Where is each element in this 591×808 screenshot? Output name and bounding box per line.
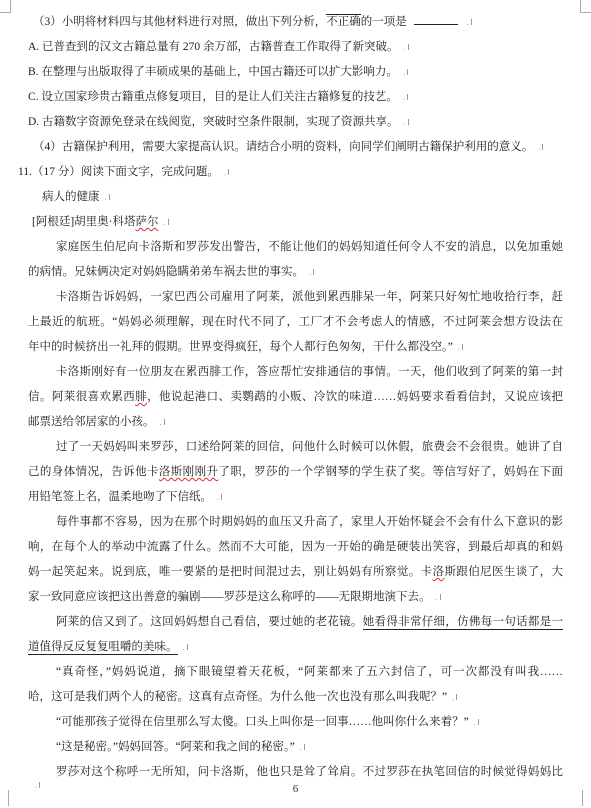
story-line: 信。阿莱很喜欢累西腓，他说起港口、卖鹦鹉的小贩、冷饮的味道……妈妈要求看看信封，… [28,385,563,410]
paragraph-mark [436,594,441,602]
question-3: （3）小明将材料四与其他材料进行对照，做出下列分析，不正确的一项是 [33,10,563,35]
story-line: 的病情。兄妹俩决定对妈妈隐瞒弟弟车祸去世的事实。 [28,260,563,285]
question-4: （4）古籍保护利用，需要大家提高认识。请结合小明的资料，向同学们阐明古籍保护利用… [33,135,563,160]
story-line-text: “这是秘密。”妈妈回答。“阿莱和我之间的秘密。” [56,741,295,753]
story-line-text: 家一致同意应该把这出善意的骗剧——罗莎是这么称呼的——无限期地演下去。 [28,591,431,603]
story-title-text: 病人的健康 [42,191,100,203]
spellcheck-squiggle: 腓 [135,391,147,403]
paragraph-mark [538,144,543,152]
story-author-squiggle: 萨尔 [136,216,159,228]
story-line-text: 年中的时候挤出一礼拜的假期。世界变得疯狂，每个人都行色匆匆，干什么都没空。” [28,341,453,353]
paragraph-mark [452,694,457,702]
story-line: 每件事都不容易，因为在那个时期妈妈的血压又升高了，家里人开始怀疑会不会有什么下意… [56,510,563,535]
option-a-text: A. 已普查到的汉文古籍总量有 270 余万部，古籍普查工作取得了新突破。 [28,41,399,53]
story-line: 响，在每个人的举动中流露了什么。然而不大可能，因为一开始的确是硬装出笑容，到最后… [28,535,563,560]
story-line-text: “可能那孩子觉得在信里那么写太傻。口头上叫你是一回事……他叫你什么来着？” [56,716,469,728]
story-line: 邮票送给邻居家的小孩。 [28,410,563,435]
page-number: 6 [0,779,591,799]
paragraph-mark [474,719,479,727]
crop-mark [580,12,591,13]
story-line: 上最近的航班。“妈妈必须理解，现在时代不同了，工厂才不会考虑人的情感，不过阿莱会… [28,310,563,335]
paragraph-mark [300,744,305,752]
story-author-text: [阿根廷]胡里奥·科塔 [32,216,136,228]
story-line: 家庭医生伯尼向卡洛斯和罗莎发出警告，不能让他们的妈妈知道任何令人不安的消息，以免… [56,235,563,260]
story-line-text: 阿莱的信又到了。这回妈妈想自己看信，要过她的老花镜。 [56,616,363,628]
story-line-text: “真奇怪，”妈妈说道，摘下眼镜望着天花板，“阿莱都来了五六封信了，可一次都没有叫… [56,666,563,678]
story-line: 过了一天妈妈叫来罗莎，口述给阿莱的回信，问他什么时候可以休假，旅费会不会很贵。她… [56,435,563,460]
story-line-text: 信。阿莱很喜欢累西 [28,391,135,403]
option-b-text: B. 在整理与出版取得了丰硕成果的基础上，中国古籍还可以扩大影响力。 [28,66,398,78]
paragraph-mark [183,644,188,652]
paragraph-mark [404,44,409,52]
paragraph-mark [458,344,463,352]
question-3-suffix: 的一项是 [361,16,407,28]
question-11: 11.（17 分）阅读下面文字，完成问题。 [18,160,563,185]
story-line: 用铅笔签上名，温柔地吻了下信纸。 [28,485,563,510]
story-line-text: 家庭医生伯尼向卡洛斯和罗莎发出警告，不能让他们的妈妈知道任何令人不安的消息，以免… [56,241,563,253]
question-4-text: （4）古籍保护利用，需要大家提高认识。请结合小明的资料，向同学们阐明古籍保护利用… [33,141,533,153]
option-a: A. 已普查到的汉文古籍总量有 270 余万部，古籍普查工作取得了新突破。 [28,35,563,60]
story-line: “可能那孩子觉得在信里那么写太傻。口头上叫你是一回事……他叫你什么来着？” [56,710,563,735]
story-line-text: 用铅笔签上名，温柔地吻了下信纸。 [28,491,212,503]
paragraph-mark [467,19,472,27]
story-line: 道值得反反复复咀嚼的美味。 [28,635,563,660]
story-line-text: 上最近的航班。“妈妈必须理解，现在时代不同了，工厂才不会考虑人的情感，不过阿莱会… [28,316,563,328]
option-d-text: D. 古籍数字资源免登录在线阅览，突破时空条件限制，实现了资源共享。 [28,116,399,128]
option-c-text: C. 设立国家珍贵古籍重点修复项目，目的是让人们关注古籍修复的技艺。 [28,91,398,103]
paragraph-mark [217,494,222,502]
story-author: [阿根廷]胡里奥·科塔萨尔 [32,210,563,235]
story-line: 年中的时候挤出一礼拜的假期。世界变得疯狂，每个人都行色匆匆，干什么都没空。” [28,335,563,360]
story-line-text: 卡洛斯刚好有一位朋友在累西腓工作，答应帮忙安排通信的事情。一天，他们收到了阿莱的… [56,366,563,378]
story-line: 妈一起笑起来。说到底，唯一要紧的是把时间混过去，别让妈妈有所察觉。卡洛斯跟伯尼医… [28,560,563,585]
story-line-text: 己的身体情况，告诉他卡 [28,466,159,478]
spellcheck-squiggle: 洛斯刚刚升 [159,466,219,478]
story-line: “真奇怪，”妈妈说道，摘下眼镜望着天花板，“阿莱都来了五六封信了，可一次都没有叫… [56,660,563,685]
story-line-text: 罗莎对这个称呼一无所知，问卡洛斯，他也只是耸了耸肩。不过罗莎在执笔回信的时候觉得… [56,766,563,778]
story-line-text: 过了一天妈妈叫来罗莎，口述给阿莱的回信，问他什么时候可以休假，旅费会不会很贵。她… [56,441,563,453]
story-line-text: 响，在每个人的举动中流露了什么。然而不大可能，因为一开始的确是硬装出笑容，到最后… [28,541,563,553]
paragraph-mark [404,119,409,127]
story-line-text: 哈，这可是我们两个人的秘密。这真有点奇怪。为什么他一次也没有那么叫我呢？” [28,691,447,703]
paragraph-mark [224,169,229,177]
paragraph-mark [105,194,110,202]
answer-blank [414,12,458,25]
exam-document-page: （3）小明将材料四与其他材料进行对照，做出下列分析，不正确的一项是 A. 已普查… [0,0,591,808]
story-title: 病人的健康 [42,185,563,210]
paragraph-mark [309,269,314,277]
document-body: （3）小明将材料四与其他材料进行对照，做出下列分析，不正确的一项是 A. 已普查… [28,10,563,785]
question-3-emphasized: 不正确 [326,14,361,29]
story-line: 哈，这可是我们两个人的秘密。这真有点奇怪。为什么他一次也没有那么叫我呢？” [28,685,563,710]
story-line: 阿莱的信又到了。这回妈妈想自己看信，要过她的老花镜。她看得非常仔细，仿佛每一句话… [56,610,563,635]
option-b: B. 在整理与出版取得了丰硕成果的基础上，中国古籍还可以扩大影响力。 [28,60,563,85]
option-c: C. 设立国家珍贵古籍重点修复项目，目的是让人们关注古籍修复的技艺。 [28,85,563,110]
story-line-text: 了职，罗莎的一个学钢琴的学生获了奖。等信写好了，妈妈在下面 [218,466,563,478]
paragraph-mark [160,419,165,427]
story-line-text: 卡洛斯告诉妈妈，一家巴西公司雇用了阿莱，派他到累西腓呆一年，阿莱只好匆忙地收拾行… [56,291,563,303]
story-line: 卡洛斯刚好有一位朋友在累西腓工作，答应帮忙安排通信的事情。一天，他们收到了阿莱的… [56,360,563,385]
story-line-text: 斯跟伯尼医生谈了，大 [444,566,563,578]
paragraph-mark [403,94,408,102]
option-d: D. 古籍数字资源免登录在线阅览，突破时空条件限制，实现了资源共享。 [28,110,563,135]
underlined-sentence: 她看得非常仔细，仿佛每一句话都是一 [363,616,563,630]
story-line-text: ，他说起港口、卖鹦鹉的小贩、冷饮的味道……妈妈要求看看信封，又说应该把 [147,391,563,403]
question-11-text: 11.（17 分）阅读下面文字，完成问题。 [18,166,219,178]
story-line: 家一致同意应该把这出善意的骗剧——罗莎是这么称呼的——无限期地演下去。 [28,585,563,610]
paragraph-mark [403,69,408,77]
underlined-sentence: 道值得反反复复咀嚼的美味。 [28,641,178,655]
story-line-text: 的病情。兄妹俩决定对妈妈隐瞒弟弟车祸去世的事实。 [28,266,304,278]
story-line-text: 每件事都不容易，因为在那个时期妈妈的血压又升高了，家里人开始怀疑会不会有什么下意… [56,516,563,528]
spellcheck-squiggle: 洛 [433,566,445,578]
story-line: 己的身体情况，告诉他卡洛斯刚刚升了职，罗莎的一个学钢琴的学生获了奖。等信写好了，… [28,460,563,485]
paragraph-mark [164,219,169,227]
crop-mark [0,12,11,13]
story-line-text: 邮票送给邻居家的小孩。 [28,416,155,428]
story-line: 卡洛斯告诉妈妈，一家巴西公司雇用了阿莱，派他到累西腓呆一年，阿莱只好匆忙地收拾行… [56,285,563,310]
question-3-text: （3）小明将材料四与其他材料进行对照，做出下列分析， [33,16,326,28]
story-line: “这是秘密。”妈妈回答。“阿莱和我之间的秘密。” [56,735,563,760]
story-line-text: 妈一起笑起来。说到底，唯一要紧的是把时间混过去，别让妈妈有所察觉。卡 [28,566,433,578]
